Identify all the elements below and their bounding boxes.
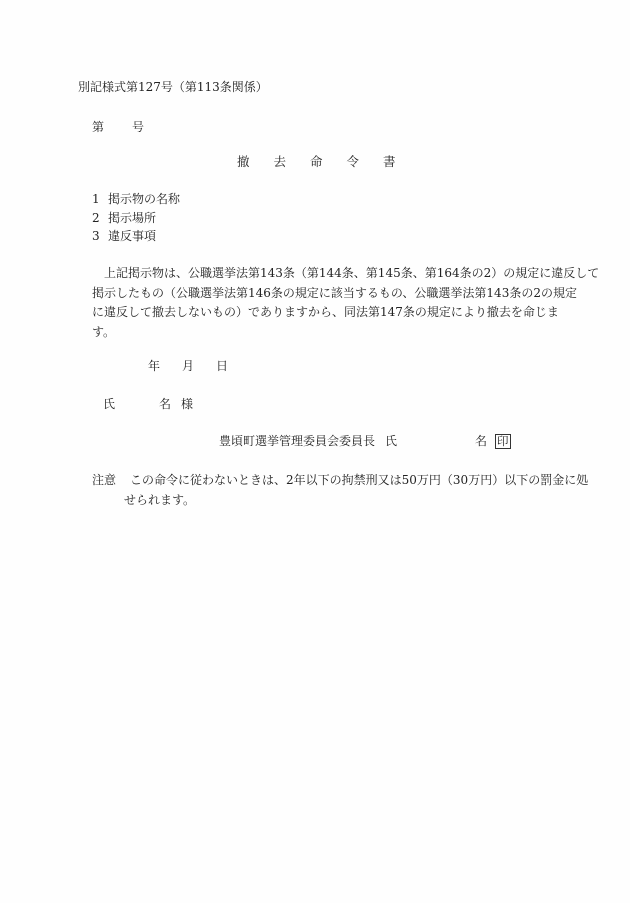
title-char: 令	[347, 155, 360, 169]
form-label: 別記様式第127号（第113条関係）	[78, 80, 268, 94]
note-block: 注意この命令に従わないときは、2年以下の拘禁刑又は50万円（30万円）以下の罰金…	[92, 471, 588, 510]
issuer-title: 豊頃町選挙管理委員会委員長	[219, 434, 375, 448]
note-text: この命令に従わないときは、2年以下の拘禁刑又は50万円（30万円）以下の罰金に処	[130, 473, 588, 487]
item-number: 3	[92, 229, 108, 243]
addressee-line: 氏名様	[103, 397, 193, 411]
document-page: 別記様式第127号（第113条関係） 第号 撤 去 命 令 書 1掲示物の名称 …	[0, 0, 630, 903]
note-line-2: せられます。	[92, 491, 588, 511]
addressee-mei: 名	[159, 397, 171, 411]
note-line-1: 注意この命令に従わないときは、2年以下の拘禁刑又は50万円（30万円）以下の罰金…	[92, 471, 588, 491]
number-suffix: 号	[132, 120, 144, 134]
items-list: 1掲示物の名称 2掲示場所 3違反事項	[92, 192, 180, 248]
addressee-shi: 氏	[103, 397, 115, 411]
title-char: 去	[274, 155, 287, 169]
paragraph-line: 掲示したもの（公職選挙法第146条の規定に該当するもの、公職選挙法第143条の2…	[92, 284, 550, 304]
document-title: 撤 去 命 令 書	[237, 155, 396, 169]
list-item: 3違反事項	[92, 229, 180, 248]
paragraph-line: に違反して撤去しないもの）でありますから、同法第147条の規定により撤去を命じま	[92, 303, 550, 323]
item-number: 2	[92, 211, 108, 225]
date-day: 日	[216, 359, 228, 373]
item-label: 違反事項	[108, 229, 156, 243]
title-char: 書	[383, 155, 396, 169]
item-label: 掲示物の名称	[108, 192, 180, 206]
date-month: 月	[182, 359, 194, 373]
date-line: 年月日	[148, 359, 228, 373]
item-label: 掲示場所	[108, 211, 156, 225]
title-char: 撤	[237, 155, 250, 169]
seal-mark: 印	[495, 434, 511, 449]
date-year: 年	[148, 359, 160, 373]
document-number-line: 第号	[92, 120, 144, 134]
paragraph-line: す。	[92, 323, 550, 343]
signature-line: 豊頃町選挙管理委員会委員長氏名印	[219, 434, 511, 449]
item-number: 1	[92, 192, 108, 206]
addressee-sama: 様	[181, 397, 193, 411]
body-paragraph: 上記掲示物は、公職選挙法第143条（第144条、第145条、第164条の2）の規…	[92, 264, 550, 342]
signature-mei: 名	[475, 434, 487, 448]
list-item: 1掲示物の名称	[92, 192, 180, 211]
number-prefix: 第	[92, 120, 104, 134]
title-char: 命	[310, 155, 323, 169]
note-label: 注意	[92, 473, 116, 487]
list-item: 2掲示場所	[92, 211, 180, 230]
paragraph-line: 上記掲示物は、公職選挙法第143条（第144条、第145条、第164条の2）の規…	[92, 264, 550, 284]
signature-shi: 氏	[385, 434, 397, 448]
